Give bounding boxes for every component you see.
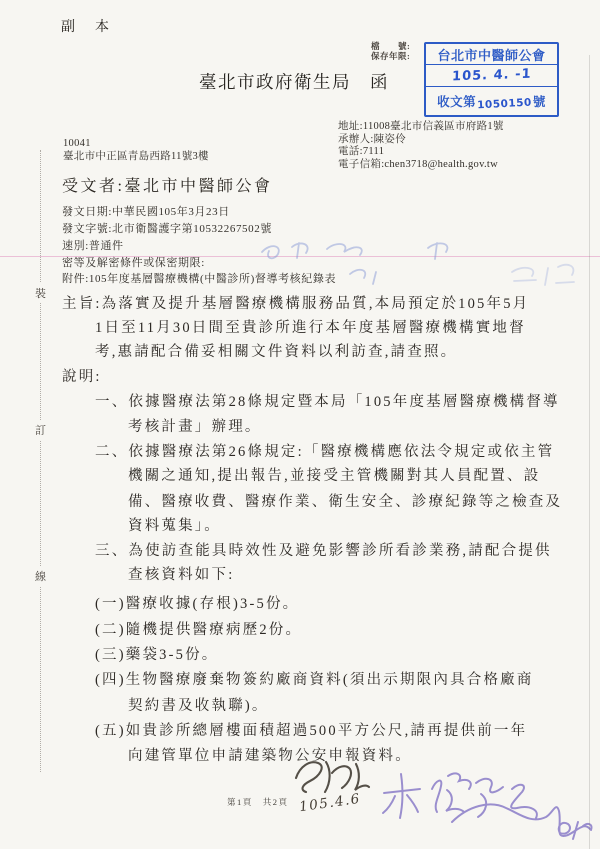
body-line-subitem-2: (二)隨機提供醫療病歷2份。 xyxy=(95,618,302,639)
stamp-receipt-suffix: 號 xyxy=(533,92,546,110)
sender-email: 電子信箱:chen3718@health.gov.tw xyxy=(338,159,504,172)
received-stamp: 台北市中醫師公會 105. 4. -1 收文第 1050150 號 xyxy=(424,42,559,117)
stamp-handwritten-date: 105. 4. -1 xyxy=(451,67,531,85)
scan-edge-artifact xyxy=(589,55,590,849)
binding-char-ding: 訂 xyxy=(34,420,47,440)
stamp-date-row: 105. 4. -1 xyxy=(426,65,557,87)
body-line: 查核資料如下: xyxy=(128,563,234,584)
body-line-subitem-5: (五)如貴診所總層樓面積超過500平方公尺,請再提供前一年 xyxy=(95,719,527,740)
binding-dotted-line xyxy=(40,150,41,772)
scanned-official-letter: 副 本 檔 號: 保存年限: 台北市中醫師公會 105. 4. -1 收文第 1… xyxy=(0,0,600,849)
body-line: 考核計畫」辦理。 xyxy=(128,415,262,436)
binding-char-xian: 線 xyxy=(34,566,47,586)
body-line-explanation: 說明: xyxy=(62,365,102,386)
body-line-item-3: 三、為使訪查能具時效性及避免影響診所看診業務,請配合提供 xyxy=(95,539,552,560)
stamp-org-name: 台北市中醫師公會 xyxy=(426,44,557,65)
stamp-receipt-row: 收文第 1050150 號 xyxy=(426,87,557,115)
stamp-receipt-number: 1050150 xyxy=(477,97,532,112)
meta-speed-class: 速別:普通件 xyxy=(62,237,124,253)
recipient-zipcode: 10041 xyxy=(63,137,209,150)
copy-label: 副 本 xyxy=(61,16,112,36)
retention-label: 保存年限: xyxy=(371,52,410,62)
sender-contact: 承辦人:陳姿伶 xyxy=(338,134,504,147)
document-title: 臺北市政府衛生局 函 xyxy=(199,69,389,94)
body-line: 1日至11月30日間至貴診所進行本年度基層醫療機構實地督 xyxy=(95,316,526,337)
meta-attachment: 附件:105年度基層醫療機構(中醫診所)督導考核紀錄表 xyxy=(62,270,336,286)
page-number: 第1頁 共2頁 xyxy=(227,796,289,808)
sender-address: 地址:11008臺北市信義區市府路1號 xyxy=(338,121,504,134)
handwritten-date: 105.4.6 xyxy=(298,791,362,815)
recipient-address-block: 10041 臺北市中正區青島西路11號3樓 xyxy=(63,137,209,163)
scan-artifact-pink-line xyxy=(0,256,600,257)
meta-doc-number: 發文字號:北市衛醫護字第10532267502號 xyxy=(62,220,272,236)
body-line: 機關之通知,提出報告,並接受主管機關對其人員配置、設 xyxy=(128,464,540,485)
body-line: 考,惠請配合備妥相關文件資料以利訪查,請查照。 xyxy=(95,340,457,361)
body-line: 資料蒐集」。 xyxy=(128,514,221,535)
binding-char-zhuang: 裝 xyxy=(34,283,47,303)
stamp-receipt-prefix: 收文第 xyxy=(437,92,476,110)
sender-info-block: 地址:11008臺北市信義區市府路1號 承辦人:陳姿伶 電話:7111 電子信箱… xyxy=(338,121,504,172)
body-line-item-2: 二、依據醫療法第26條規定:「醫療機構應依法令規定或依主管 xyxy=(95,440,554,461)
sender-phone: 電話:7111 xyxy=(338,146,504,159)
body-line-subitem-1: (一)醫療收據(存根)3-5份。 xyxy=(95,592,299,613)
body-line-subitem-4: (四)生物醫療廢棄物簽約廠商資料(須出示期限內具合格廠商 xyxy=(95,668,534,689)
body-line-subject: 主旨:為落實及提升基層醫療機構服務品質,本局預定於105年5月 xyxy=(62,292,529,313)
body-line: 向建管單位申請建築物公安申報資料。 xyxy=(128,744,412,765)
meta-issue-date: 發文日期:中華民國105年3月23日 xyxy=(62,203,230,219)
recipient-address: 臺北市中正區青島西路11號3樓 xyxy=(63,150,209,163)
file-number-labels: 檔 號: 保存年限: xyxy=(371,42,410,61)
body-line: 契約書及收執聯)。 xyxy=(128,694,269,715)
body-line-subitem-3: (三)藥袋3-5份。 xyxy=(95,643,219,664)
recipient-line: 受文者:臺北市中醫師公會 xyxy=(62,173,272,196)
body-line: 備、醫療收費、醫療作業、衛生安全、診療紀錄等之檢查及 xyxy=(128,490,562,511)
body-line-item-1: 一、依據醫療法第28條規定暨本局「105年度基層醫療機構督導 xyxy=(95,390,560,411)
